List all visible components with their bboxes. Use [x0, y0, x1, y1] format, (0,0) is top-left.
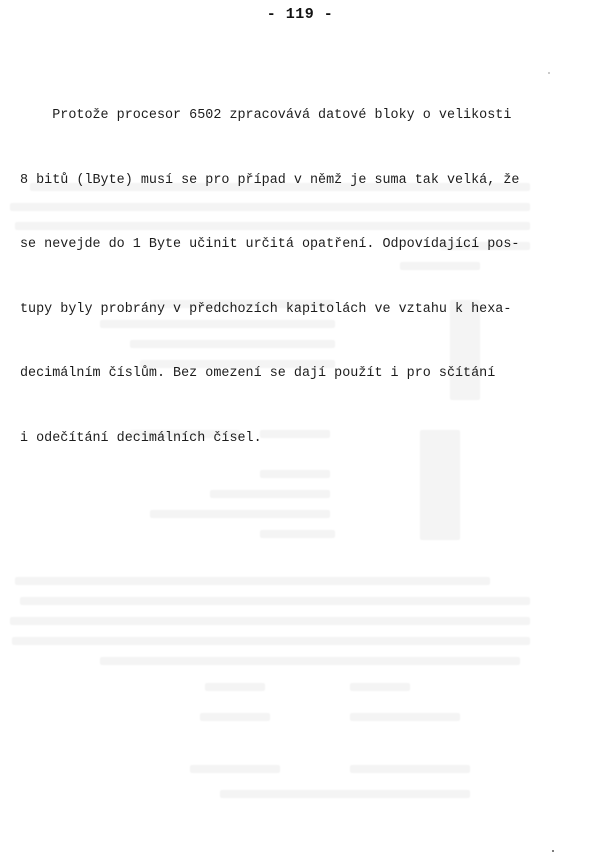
body-paragraph: Protože procesor 6502 zpracovává datové … [20, 62, 560, 492]
page-number: - 119 - [0, 6, 600, 23]
document-page: - 119 - Protože procesor 6502 zpracovává… [0, 0, 600, 862]
paragraph-line: Protože procesor 6502 zpracovává datové … [20, 105, 560, 127]
